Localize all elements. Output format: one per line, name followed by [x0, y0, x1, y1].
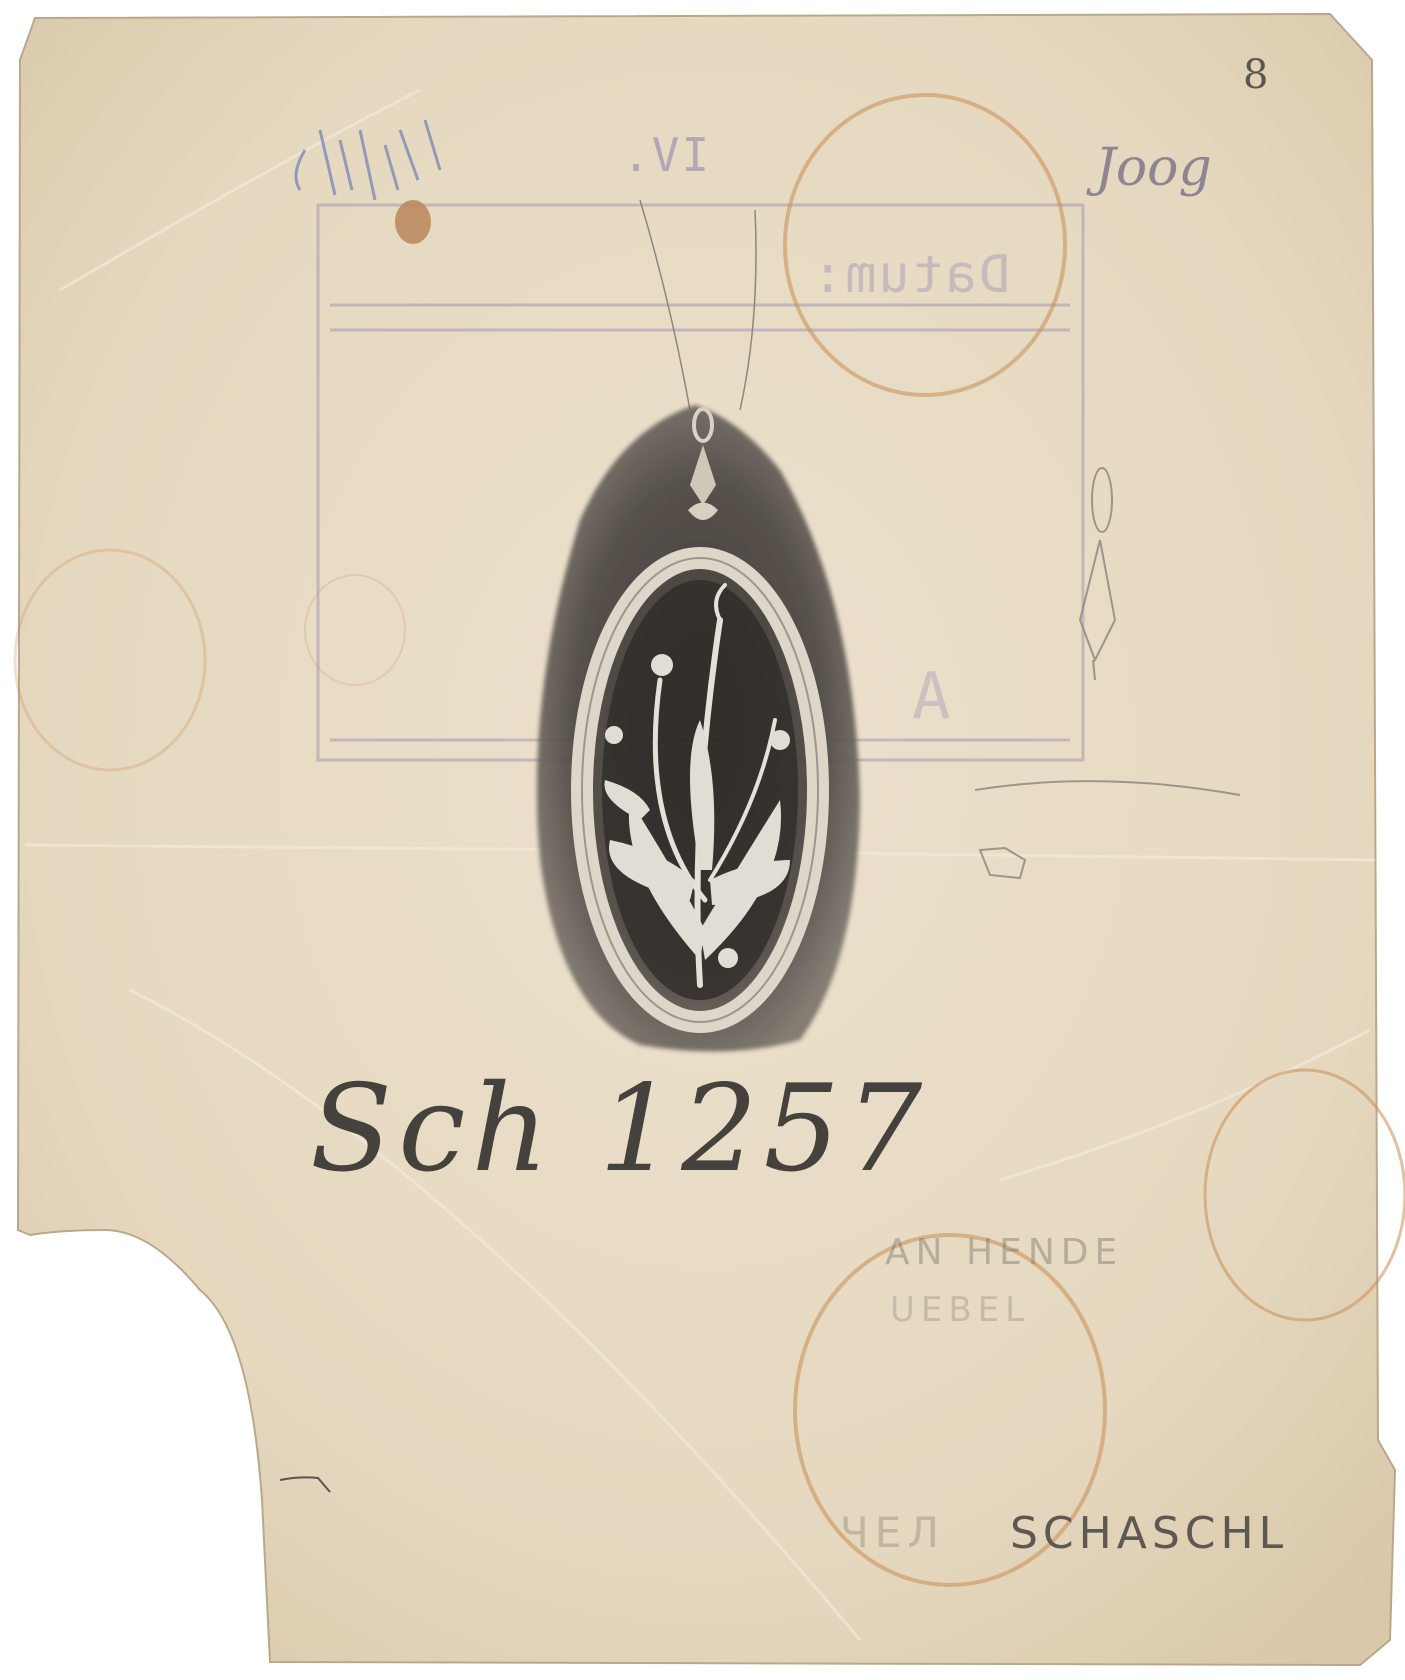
rust-spot — [395, 200, 431, 244]
bottom-signature: SCHASCHL — [1010, 1508, 1288, 1559]
stamp-letter: A — [912, 660, 953, 734]
catalog-number: Sch 1257 — [310, 1060, 928, 1199]
document-scan — [0, 0, 1405, 1680]
stamp-label: Datum: — [810, 245, 1010, 305]
stamp-top-line: IV. — [620, 128, 709, 182]
bottom-faint-prefix: ЧЕЛ — [840, 1508, 945, 1557]
top-right-script: Joog — [1095, 138, 1212, 198]
faint-line-2: UEBEL — [890, 1290, 1030, 1330]
page-number: 8 — [1243, 52, 1268, 98]
faint-line-1: AN HENDE — [885, 1232, 1123, 1273]
